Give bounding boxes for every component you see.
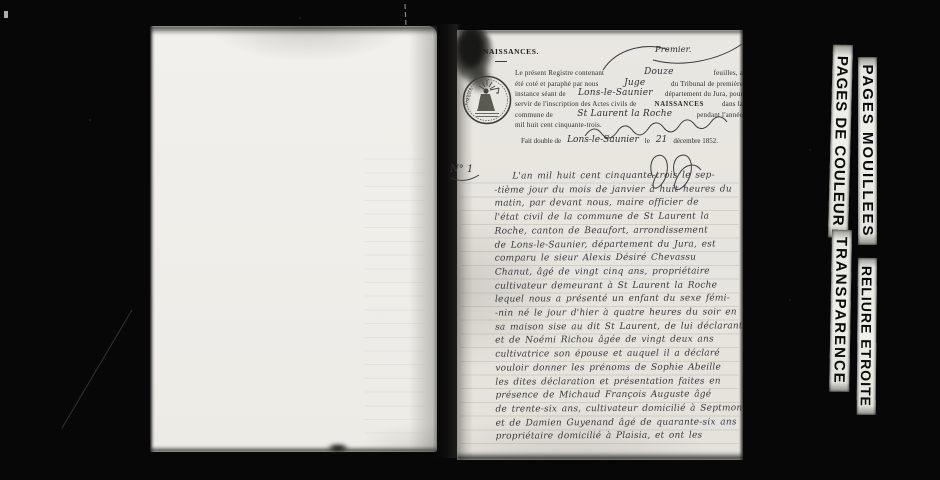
- formula-line-1: Le présent Registre contenant Douze feui…: [515, 68, 743, 78]
- act-line: l'état civil de la commune de St Laurent…: [494, 210, 742, 225]
- formula-line-2: été coté et paraphé par nous Juge du Tri…: [515, 79, 743, 89]
- condition-label-pages-mouillees: PAGES MOUILLEES: [858, 57, 877, 245]
- printed-text: commune de: [515, 111, 553, 119]
- printed-text: Fait double de: [521, 137, 561, 145]
- handwritten-day: 21: [656, 135, 667, 145]
- act-line: comparu le sieur Alexis Désiré Chevassu: [495, 252, 743, 267]
- page-left-edge: [150, 26, 155, 452]
- act-line: propriétaire domicilié à Plaisia, et ont…: [496, 430, 743, 445]
- show-through-ruling: [365, 146, 425, 436]
- formula-line-3: instance séant de Lons-le-Saunier départ…: [515, 89, 743, 99]
- printed-text-bold: NAISSANCES: [655, 100, 704, 108]
- printed-text: feuilles, a: [714, 69, 743, 77]
- act-line: de trente-six ans, cultivateur domicilié…: [496, 402, 743, 417]
- condition-label-reliure-etroite: RELIURE ETROITE: [857, 258, 877, 415]
- act-line: lequel nous a présenté un enfant du sexe…: [495, 293, 743, 308]
- right-register-page: NAISSANCES. Premier. TIMBRE: [457, 30, 743, 460]
- condition-label-transparence: TRANSPARENCE: [829, 230, 852, 392]
- formula-line-4: servir de l'inscription des Actes civils…: [515, 100, 743, 108]
- handwritten-fill: Lons-le-Saunier: [578, 88, 653, 98]
- act-line: matin, par devant nous, maire officier d…: [494, 197, 742, 212]
- act-line: présence de Michaud François Auguste âgé: [495, 389, 743, 404]
- act-line: vouloir donner les prénoms de Sophie Abe…: [495, 361, 743, 376]
- act-line: sa maison sise au dit St Laurent, de lui…: [495, 320, 743, 335]
- printed-text: le: [645, 137, 650, 145]
- handwritten-fill: St Laurent la Roche: [577, 109, 672, 119]
- act-line: -tième jour du mois de janvier à huit he…: [494, 183, 742, 198]
- microfilm-scan: NAISSANCES. Premier. TIMBRE: [0, 0, 940, 480]
- handwritten-birth-act: L'an mil huit cent cinquante-trois le se…: [494, 169, 743, 444]
- printed-text: décembre 1852.: [673, 137, 718, 145]
- act-line: Chanut, âgé de vingt cinq ans, propriéta…: [495, 265, 743, 280]
- printed-text: servir de l'inscription des Actes civils…: [515, 100, 636, 108]
- printed-text: été coté et paraphé par nous: [515, 80, 599, 88]
- printed-text: Le présent Registre contenant: [515, 69, 604, 77]
- page-bottom-edge: [150, 446, 437, 452]
- printed-text: pendant l'année: [697, 111, 743, 119]
- act-line: et de Noémi Richou âgée de vingt deux an…: [495, 334, 743, 349]
- act-line: et de Damien Guyenand âgé de quarante-si…: [496, 416, 743, 431]
- page-top-edge: [150, 26, 437, 35]
- act-line: les dites déclaration et présentation fa…: [495, 375, 743, 390]
- ink-smudge: [328, 444, 348, 452]
- printed-text: dans la: [722, 100, 743, 108]
- printed-text: département du Jura, pour: [665, 90, 743, 98]
- printed-text: mil huit cent cinquante-trois.: [515, 121, 602, 129]
- left-blank-page: [150, 26, 437, 452]
- printed-text: instance séant de: [515, 90, 566, 98]
- act-line: de Lons-le-Saunier, département du Jura,…: [495, 238, 743, 253]
- formula-date-line: Fait double de Lons-le-Saunier le 21 déc…: [521, 136, 726, 146]
- formula-line-5: commune de St Laurent la Roche pendant l…: [515, 110, 743, 120]
- handwritten-fill: Juge: [624, 78, 645, 88]
- handwritten-fill: Douze: [644, 67, 674, 77]
- act-number-text: N° 1: [450, 164, 473, 175]
- formula-line-6: mil huit cent cinquante-trois.: [515, 121, 743, 129]
- act-line: -nin né le jour d'hier à quatre heures d…: [495, 306, 743, 321]
- handwritten-place: Lons-le-Saunier: [567, 135, 639, 145]
- act-line: Roche, canton de Beaufort, arrondissemen…: [495, 224, 743, 239]
- act-line: L'an mil huit cent cinquante-trois le se…: [494, 169, 742, 184]
- printed-text: du Tribunal de première: [671, 80, 743, 88]
- act-line: cultivateur demeurant à St Laurent la Ro…: [495, 279, 743, 294]
- act-number-margin: N° 1: [450, 164, 484, 181]
- act-line: cultivatrice son épouse et auquel il a d…: [495, 347, 743, 362]
